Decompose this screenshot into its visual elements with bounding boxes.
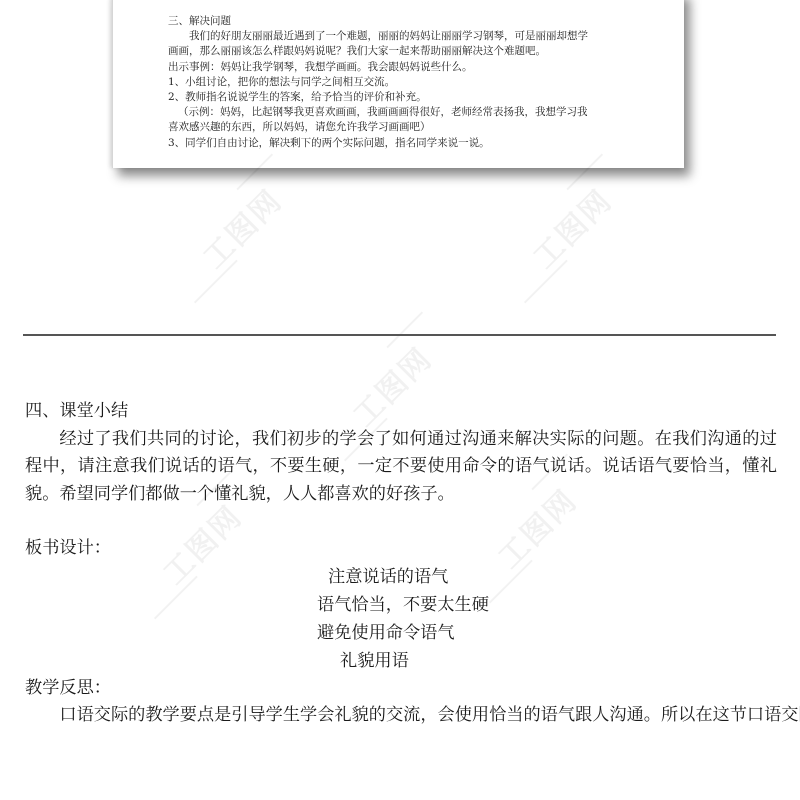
embedded-document-card: 三、解决问题 我们的好朋友丽丽最近遇到了一个难题，丽丽的妈妈让丽丽学习钢琴，可是… [112,0,684,168]
embedded-document-body: 三、解决问题 我们的好朋友丽丽最近遇到了一个难题，丽丽的妈妈让丽丽学习钢琴，可是… [168,14,668,151]
board-design-line: 礼貌用语 [25,647,777,675]
reflection-heading: 教学反思： [25,675,777,703]
step-2-text: 2、教师指名说说学生的答案，给予恰当的评价和补充。 [168,90,668,105]
watermark-text: 工图网 [191,178,290,277]
watermark-logo: 工图网 [507,179,613,285]
step-3-text: 3、同学们自由讨论，解决剩下的两个实际问题，指名同学来说一说。 [168,136,668,151]
sample-text-line-2: 喜欢感兴趣的东西，所以妈妈，请您允许我学习画画吧） [168,120,668,135]
document-body: 四、课堂小结 经过了我们共同的讨论，我们初步的学会了如何通过沟通来解决实际的问题… [25,398,777,730]
watermark-line-decoration [386,312,423,349]
spacer [25,508,777,535]
watermark-text: 工图网 [521,178,620,277]
example-text: 出示事例：妈妈让我学钢琴，我想学画画。我会跟妈妈说些什么。 [168,60,668,75]
watermark-line-decoration [524,260,568,304]
summary-paragraph: 经过了我们共同的讨论，我们初步的学会了如何通过沟通来解决实际的问题。在我们沟通的… [25,426,777,509]
board-design-line: 语气恰当，不要太生硬 [25,591,777,619]
board-design-line: 避免使用命令语气 [25,619,777,647]
sample-text-line-1: （示例：妈妈，比起钢琴我更喜欢画画，我画画画得很好，老师经常表扬我，我想学习我 [168,105,668,120]
section-heading-solve-problem: 三、解决问题 [168,14,668,29]
watermark-logo: 工图网 [177,179,283,285]
summary-heading: 四、课堂小结 [25,398,777,426]
board-design-heading: 板书设计： [25,535,777,563]
intro-text-line-2: 画画，那么丽丽该怎么样跟妈妈说呢？我们大家一起来帮助丽丽解决这个难题吧。 [168,44,668,59]
board-design-list: 注意说话的语气 语气恰当，不要太生硬 避免使用命令语气 礼貌用语 [25,563,777,675]
watermark-line-decoration [194,260,238,304]
board-design-line: 注意说话的语气 [25,563,777,591]
intro-text-line-1: 我们的好朋友丽丽最近遇到了一个难题，丽丽的妈妈让丽丽学习钢琴，可是丽丽却想学 [168,29,668,44]
step-1-text: 1、小组讨论，把你的想法与同学之间相互交流。 [168,75,668,90]
section-divider [23,334,776,336]
reflection-paragraph: 口语交际的教学要点是引导学生学会礼貌的交流，会使用恰当的语气跟人沟通。所以在这节… [25,702,777,730]
